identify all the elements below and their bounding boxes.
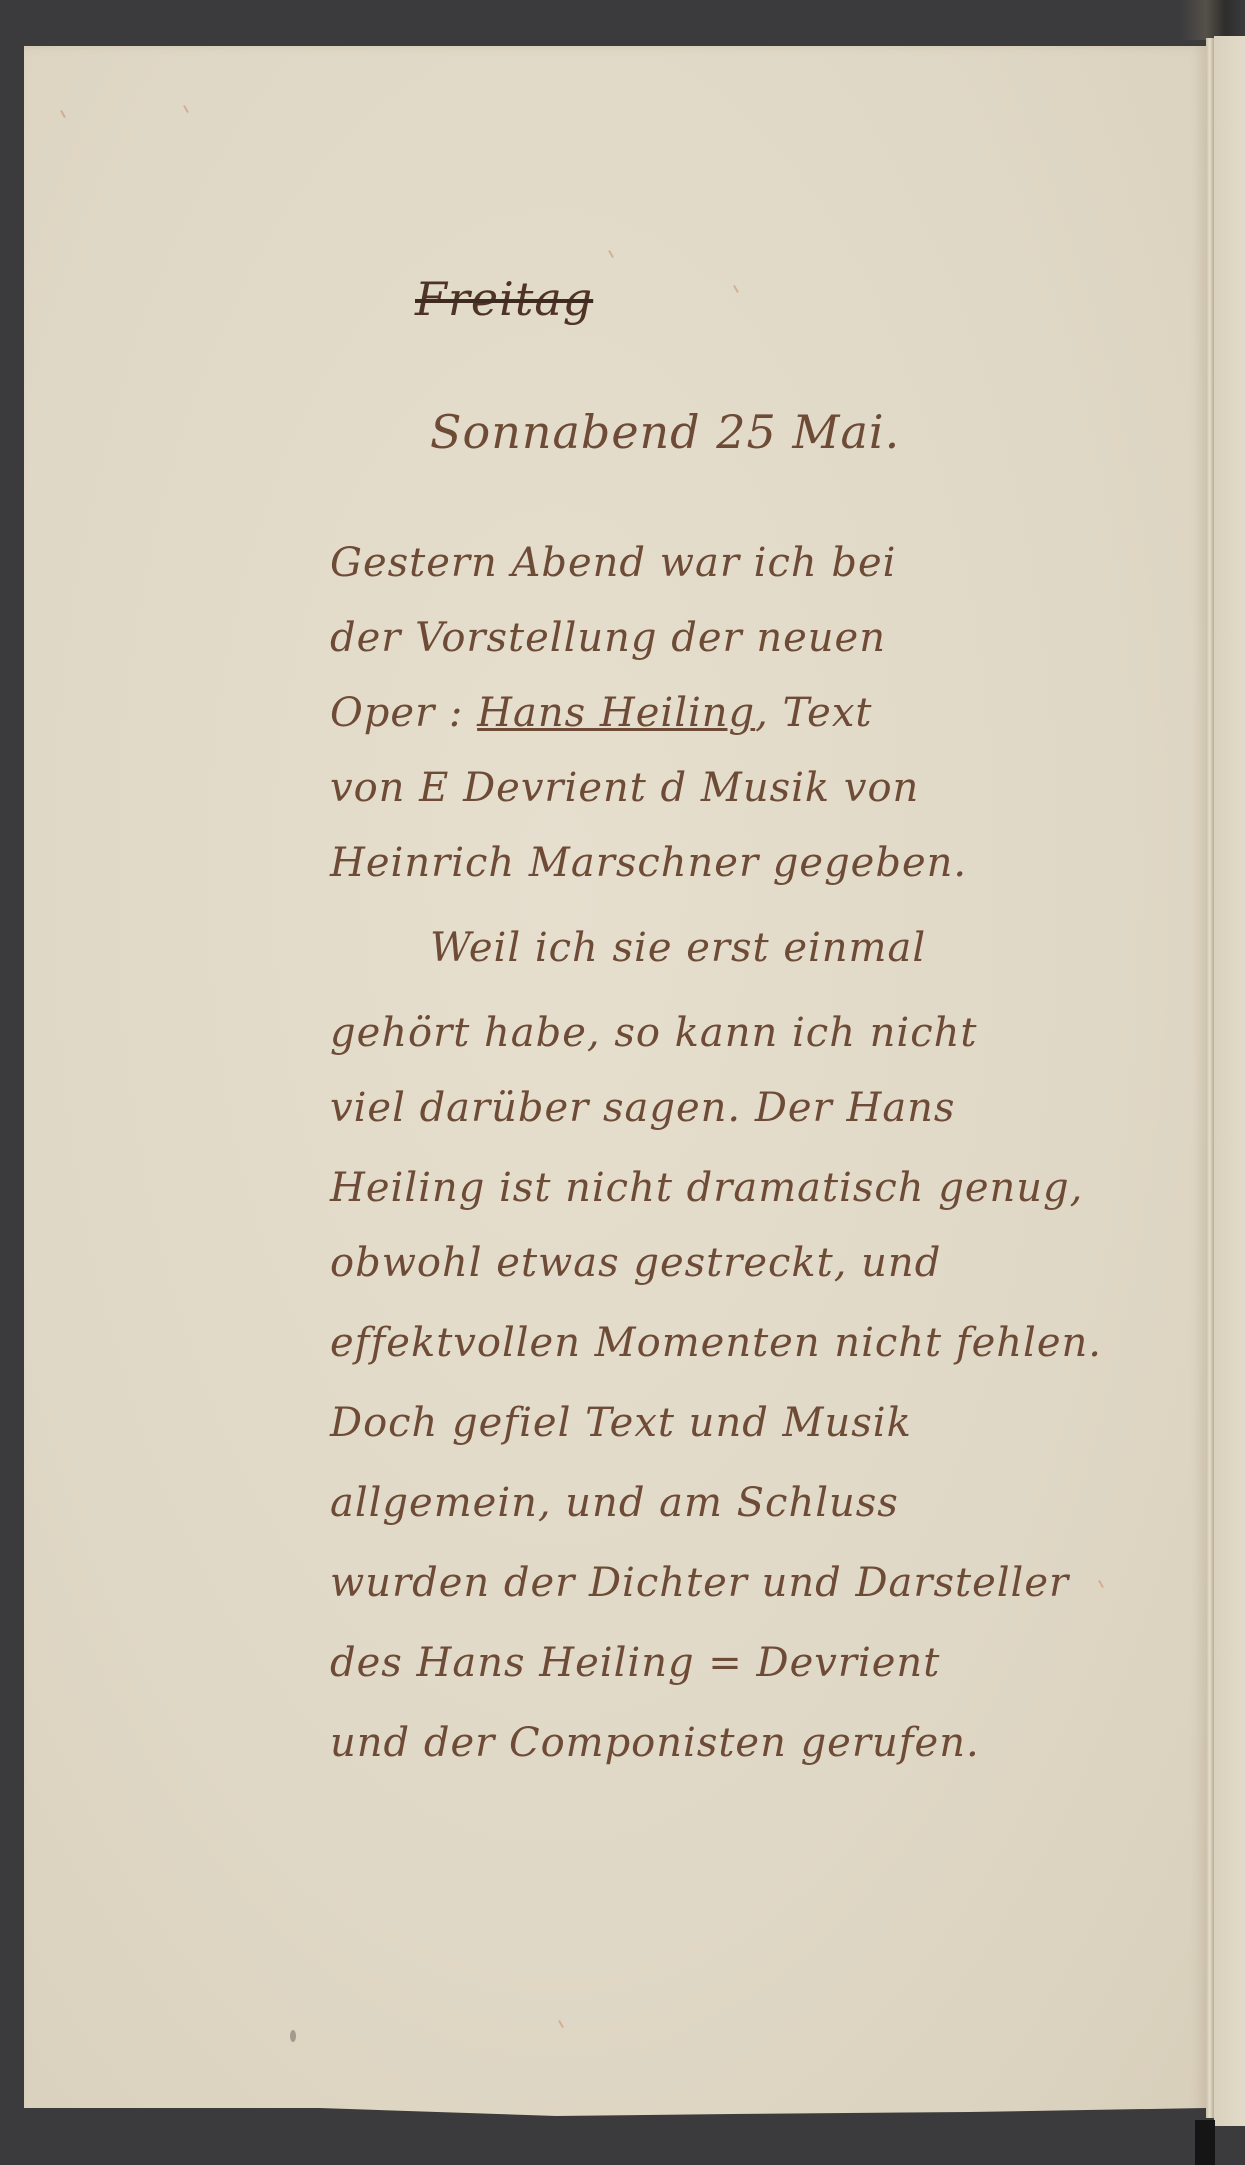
text-line: und der Componisten gerufen. [330,1720,980,1766]
text-line: der Vorstellung der neuen [330,615,886,661]
text-line: effektvollen Momenten nicht fehlen. [330,1320,1102,1366]
text-line: wurden der Dichter und Darsteller [330,1560,1069,1606]
text-line: Gestern Abend war ich bei [330,540,896,586]
text-line: viel darüber sagen. Der Hans [330,1085,955,1131]
text-line: des Hans Heiling = Devrient [330,1640,940,1686]
text-line: allgemein, und am Schluss [330,1480,899,1526]
underlined-title: Hans Heiling [477,690,755,736]
struck-heading: Freitag [415,272,593,326]
book-binding-bottom [1195,2120,1215,2165]
text-line: gehört habe, so kann ich nicht [330,1010,977,1056]
book-gutter [1206,38,1214,2118]
text-line: Heinrich Marschner gegeben. [330,840,967,886]
facing-page-edge [1214,36,1245,2126]
text-line: Oper : Hans Heiling, Text [330,690,872,736]
text-line: Doch gefiel Text und Musik [330,1400,912,1446]
date-heading: Sonnabend 25 Mai. [430,405,900,459]
ink-blot [290,2030,296,2042]
text-line: von E Devrient d Musik von [330,765,919,811]
text-line: obwohl etwas gestreckt, und [330,1240,941,1286]
struck-heading-text: Freitag [415,272,593,326]
book-binding-top [1180,0,1245,40]
text-line: Weil ich sie erst einmal [430,925,926,971]
text-line: Heiling ist nicht dramatisch genug, [330,1165,1083,1211]
